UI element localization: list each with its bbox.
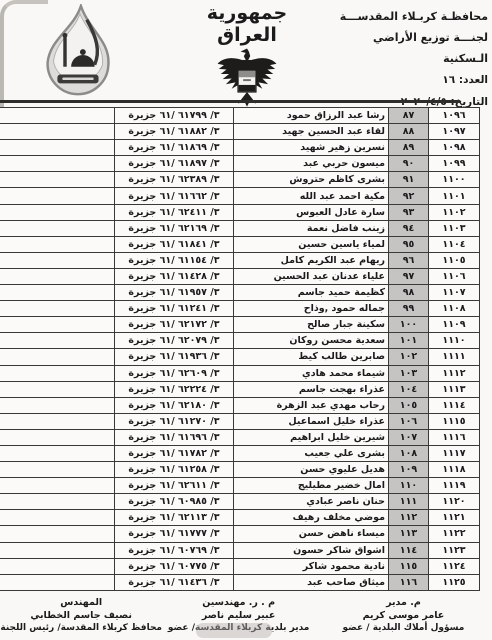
table-row: ١١٢١ ١١٢ موضي مخلف رهيف ٣/ ٦٢١١٣ /٦١ جزي… [0,510,480,526]
sequence-number-cell: ١٠٧ [389,429,429,445]
empty-cell [0,445,115,461]
signature-block-director: م. مدير عامر موسى كريم مسؤول أملاك البلد… [315,597,492,635]
faint-stamp-mark [196,623,272,638]
table-row: ١١١٠ ١٠١ سعدية محسن روكان ٣/ ٦٢٠٧٩ /٦١ ج… [0,333,480,349]
table-row: ١١١٩ ١١٠ امال خضير مطيليج ٣/ ٦٢٦١١ /٦١ ج… [0,478,480,494]
signatory-name: عبير سليم ناصر [162,610,315,623]
table-row: ١١٢٠ ١١١ حنان ناصر عبادي ٣/ ٦٠٩٨٥ /٦١ جز… [0,494,480,510]
recipient-name-cell: رشا عبد الرزاق حمود [234,108,389,124]
plot-info-cell: ٣/ ٦١٧٨٢ /٦١ جزيرة [115,445,234,461]
plot-info-cell: ٣/ ٦١٨٤١ /٦١ جزيرة [115,236,234,252]
serial-number-cell: ١١١٥ [429,413,480,429]
empty-cell [0,429,115,445]
empty-cell [0,494,115,510]
sequence-number-cell: ١٠٢ [389,349,429,365]
empty-cell [0,317,115,333]
serial-number-cell: ١١٢٥ [429,574,480,590]
signature-block-governor: المهندس نصيف جاسم الخطابي محافظ كربلاء ا… [0,597,162,635]
table-row: ١١١٧ ١٠٨ بشرى علي جعيب ٣/ ٦١٧٨٢ /٦١ جزير… [0,445,480,461]
signatory-title: م . ر. مهندسين [162,597,315,610]
plot-info-cell: ٣/ ٦٠٧٧٥ /٦١ جزيرة [115,558,234,574]
recipient-name-cell: شيماء محمد هادي [234,365,389,381]
recipient-name-cell: اشواق شاكر حسون [234,542,389,558]
recipient-name-cell: موضي مخلف رهيف [234,510,389,526]
empty-cell [0,268,115,284]
plot-info-cell: ٣/ ٦١٤٢٨ /٦١ جزيرة [115,268,234,284]
plot-info-cell: ٣/ ٦١٨٩٧ /٦١ جزيرة [115,156,234,172]
serial-number-cell: ١١٢٠ [429,494,480,510]
sequence-number-cell: ٩٦ [389,252,429,268]
recipient-name-cell: عذراء خليل اسماعيل [234,413,389,429]
plot-info-cell: ٣/ ٦٢١٨٠ /٦١ جزيرة [115,397,234,413]
header-text-block: محافظـة كربـلاء المقدســـة لجنـــة توزيع… [330,6,488,113]
serial-number-cell: ١١٠٦ [429,268,480,284]
empty-cell [0,542,115,558]
sequence-number-cell: ١١٥ [389,558,429,574]
recipient-name-cell: نادية محمود شاكر [234,558,389,574]
document-page: محافظـة كربـلاء المقدســـة لجنـــة توزيع… [0,0,492,640]
recipient-name-cell: بشرى كاظم حتروش [234,172,389,188]
sequence-number-cell: ١٠٤ [389,381,429,397]
sequence-number-cell: ١٠٣ [389,365,429,381]
serial-number-cell: ١١٢١ [429,510,480,526]
plot-info-cell: ٣/ ٦١٨٦٩ /٦١ جزيرة [115,140,234,156]
empty-cell [0,462,115,478]
empty-cell [0,397,115,413]
table-row: ١١٠٨ ٩٩ جماله حمود ,وذاح ٣/ ٦١٢٤١ /٦١ جز… [0,301,480,317]
sequence-number-cell: ٩٢ [389,188,429,204]
table-row: ١١٠٥ ٩٦ ريهام عبد الكريم كامل ٣/ ٦١١٥٤ /… [0,252,480,268]
recipient-name-cell: زينب فاضل نعمة [234,220,389,236]
sequence-number-cell: ١٠٨ [389,445,429,461]
serial-number-cell: ١١٠٣ [429,220,480,236]
plot-info-cell: ٣/ ٦١٦٦٢ /٦١ جزيرة [115,188,234,204]
serial-number-cell: ١١١٤ [429,397,480,413]
empty-cell [0,188,115,204]
table-row: ١١١٢ ١٠٣ شيماء محمد هادي ٣/ ٦٢٦٠٩ /٦١ جز… [0,365,480,381]
sequence-number-cell: ١٠٩ [389,462,429,478]
karbala-municipality-logo [26,4,128,102]
table-row: ١٠٩٧ ٨٨ لقاء عبد الحسين جهيد ٣/ ٦١٨٨٢ /٦… [0,124,480,140]
sequence-number-cell: ١١٠ [389,478,429,494]
plot-info-cell: ٣/ ٦١٢٤١ /٦١ جزيرة [115,301,234,317]
signatory-title: م. مدير [315,597,492,610]
table-row: ١١٠٦ ٩٧ علياء عدنان عبد الحسين ٣/ ٦١٤٢٨ … [0,268,480,284]
plot-info-cell: ٣/ ٦١٨٨٢ /٦١ جزيرة [115,124,234,140]
plot-info-cell: ٣/ ٦٢١١٣ /٦١ جزيرة [115,510,234,526]
header-divider [0,100,460,103]
plot-info-cell: ٣/ ٦٠٧٦٩ /٦١ جزيرة [115,542,234,558]
empty-cell [0,558,115,574]
recipient-name-cell: بشرى علي جعيب [234,445,389,461]
table-row: ١٠٩٨ ٨٩ نسرين زهير شهيد ٣/ ٦١٨٦٩ /٦١ جزي… [0,140,480,156]
sequence-number-cell: ١١٦ [389,574,429,590]
recipient-name-cell: سارة عادل العبوس [234,204,389,220]
recipient-name-cell: حنان ناصر عبادي [234,494,389,510]
serial-number-cell: ١١٢٣ [429,542,480,558]
sequence-number-cell: ١٠٦ [389,413,429,429]
recipient-name-cell: ميساء ناهض حسن [234,526,389,542]
recipient-name-cell: هديل عليوي حسن [234,462,389,478]
sequence-number-cell: ٩٣ [389,204,429,220]
plot-info-cell: ٣/ ٦٢١٧٢ /٦١ جزيرة [115,317,234,333]
recipient-name-cell: نسرين زهير شهيد [234,140,389,156]
table-row: ١٠٩٩ ٩٠ ميسون حربي عبد ٣/ ٦١٨٩٧ /٦١ جزير… [0,156,480,172]
table-row: ١١٠١ ٩٢ مكية احمد عبد الله ٣/ ٦١٦٦٢ /٦١ … [0,188,480,204]
empty-cell [0,333,115,349]
sequence-number-cell: ٨٩ [389,140,429,156]
signatory-role: محافظ كربلاء المقدسة/ رئيس اللجنة [0,622,162,635]
table-row: ١١١١ ١٠٢ صابرين طالب كيط ٣/ ٦١٩٣٦ /٦١ جز… [0,349,480,365]
plot-info-cell: ٣/ ٦١١٥٤ /٦١ جزيرة [115,252,234,268]
empty-cell [0,285,115,301]
plot-info-cell: ٣/ ٦١٤٣٦ /٦١ جزيرة [115,574,234,590]
empty-cell [0,220,115,236]
sequence-number-cell: ١١٤ [389,542,429,558]
recipient-name-cell: مكية احمد عبد الله [234,188,389,204]
plot-info-cell: ٣/ ٦١٧٩٩ /٦١ جزيرة [115,108,234,124]
sequence-number-cell: ٨٨ [389,124,429,140]
empty-cell [0,108,115,124]
empty-cell [0,478,115,494]
sequence-number-cell: ٩١ [389,172,429,188]
serial-number-cell: ١١١٨ [429,462,480,478]
sequence-number-cell: ٩٠ [389,156,429,172]
empty-cell [0,526,115,542]
plot-info-cell: ٣/ ٦١٢٥٨ /٦١ جزيرة [115,462,234,478]
table-row: ١١٠٩ ١٠٠ سكينة جبار صالح ٣/ ٦٢١٧٢ /٦١ جز… [0,317,480,333]
serial-number-cell: ١١٠٩ [429,317,480,333]
signatory-name: نصيف جاسم الخطابي [0,610,162,623]
document-number: العدد: ١٦ [330,69,488,91]
serial-number-cell: ١١١٠ [429,333,480,349]
table-row: ١١٠٢ ٩٣ سارة عادل العبوس ٣/ ٦٢٤١١ /٦١ جز… [0,204,480,220]
empty-cell [0,510,115,526]
serial-number-cell: ١١٠٧ [429,285,480,301]
sequence-number-cell: ١١١ [389,494,429,510]
table-row: ١١٠٧ ٩٨ كظيمة حميد جاسم ٣/ ٦١٩٥٧ /٦١ جزي… [0,285,480,301]
empty-cell [0,413,115,429]
table-row: ١١٢٤ ١١٥ نادية محمود شاكر ٣/ ٦٠٧٧٥ /٦١ ج… [0,558,480,574]
governorate-title: محافظـة كربـلاء المقدســـة [330,6,488,27]
table-row: ١١١٦ ١٠٧ شيرين خليل ابراهيم ٣/ ٦١٦٩٦ /٦١… [0,429,480,445]
serial-number-cell: ١١٢٤ [429,558,480,574]
plot-info-cell: ٣/ ٦٠٩٨٥ /٦١ جزيرة [115,494,234,510]
sequence-number-cell: ٩٩ [389,301,429,317]
empty-cell [0,381,115,397]
empty-cell [0,156,115,172]
empty-cell [0,236,115,252]
recipient-name-cell: رحاب مهدي عبد الزهرة [234,397,389,413]
sequence-number-cell: ٨٧ [389,108,429,124]
table-row: ١١١٣ ١٠٤ عذراء بهجت جاسم ٣/ ٦٢٢٢٤ /٦١ جز… [0,381,480,397]
serial-number-cell: ١١٢٢ [429,526,480,542]
committee-title: لجنـــة توزيع الأراضي الـسكنية [330,27,488,69]
sequence-number-cell: ١١٣ [389,526,429,542]
sequence-number-cell: ٩٧ [389,268,429,284]
signatory-title: المهندس [0,597,162,610]
recipient-name-cell: ميسون حربي عبد [234,156,389,172]
plot-info-cell: ٣/ ٦١٦٩٦ /٦١ جزيرة [115,429,234,445]
plot-info-cell: ٣/ ٦١٧٧٧ /٦١ جزيرة [115,526,234,542]
serial-number-cell: ١١١٢ [429,365,480,381]
empty-cell [0,140,115,156]
plot-info-cell: ٣/ ٦١٢٧٠ /٦١ جزيرة [115,413,234,429]
table-row: ١١٢٢ ١١٣ ميساء ناهض حسن ٣/ ٦١٧٧٧ /٦١ جزي… [0,526,480,542]
recipient-name-cell: سكينة جبار صالح [234,317,389,333]
serial-number-cell: ١١٠٢ [429,204,480,220]
republic-title: جمهورية العراق [183,2,311,46]
recipient-name-cell: امال خضير مطيليج [234,478,389,494]
recipient-name-cell: شيرين خليل ابراهيم [234,429,389,445]
plot-info-cell: ٣/ ٦٢٠٧٩ /٦١ جزيرة [115,333,234,349]
plot-info-cell: ٣/ ٦٢١٦٩ /٦١ جزيرة [115,220,234,236]
recipient-name-cell: لقاء عبد الحسين جهيد [234,124,389,140]
serial-number-cell: ١١٠٠ [429,172,480,188]
table-row: ١٠٩٦ ٨٧ رشا عبد الرزاق حمود ٣/ ٦١٧٩٩ /٦١… [0,108,480,124]
table-row: ١١٢٥ ١١٦ ميثاق صاحب عبد ٣/ ٦١٤٣٦ /٦١ جزي… [0,574,480,590]
serial-number-cell: ١١٠١ [429,188,480,204]
plot-info-cell: ٣/ ٦١٩٥٧ /٦١ جزيرة [115,285,234,301]
empty-cell [0,301,115,317]
recipient-name-cell: كظيمة حميد جاسم [234,285,389,301]
sequence-number-cell: ١٠٠ [389,317,429,333]
table-row: ١١١٤ ١٠٥ رحاب مهدي عبد الزهرة ٣/ ٦٢١٨٠ /… [0,397,480,413]
recipient-name-cell: جماله حمود ,وذاح [234,301,389,317]
recipient-name-cell: عذراء بهجت جاسم [234,381,389,397]
serial-number-cell: ١١١٧ [429,445,480,461]
empty-cell [0,349,115,365]
plot-info-cell: ٣/ ٦٢٦٠٩ /٦١ جزيرة [115,365,234,381]
recipient-name-cell: علياء عدنان عبد الحسين [234,268,389,284]
sequence-number-cell: ١٠٥ [389,397,429,413]
serial-number-cell: ١١٠٤ [429,236,480,252]
recipient-name-cell: سعدية محسن روكان [234,333,389,349]
empty-cell [0,574,115,590]
plot-info-cell: ٣/ ٦٢٤١١ /٦١ جزيرة [115,204,234,220]
plot-info-cell: ٣/ ٦١٩٣٦ /٦١ جزيرة [115,349,234,365]
recipient-name-cell: صابرين طالب كيط [234,349,389,365]
plot-info-cell: ٣/ ٦٢٢٢٤ /٦١ جزيرة [115,381,234,397]
plot-info-cell: ٣/ ٦٢٣٨٩ /٦١ جزيرة [115,172,234,188]
table-row: ١١١٨ ١٠٩ هديل عليوي حسن ٣/ ٦١٢٥٨ /٦١ جزي… [0,462,480,478]
signatory-name: عامر موسى كريم [315,610,492,623]
recipient-name-cell: ميثاق صاحب عبد [234,574,389,590]
serial-number-cell: ١١١٩ [429,478,480,494]
sequence-number-cell: ٩٥ [389,236,429,252]
signatory-role: مسؤول أملاك البلدية / عضو [315,622,492,635]
sequence-number-cell: ٩٤ [389,220,429,236]
serial-number-cell: ١١١١ [429,349,480,365]
recipient-name-cell: ريهام عبد الكريم كامل [234,252,389,268]
serial-number-cell: ١٠٩٧ [429,124,480,140]
sequence-number-cell: ١١٢ [389,510,429,526]
table-row: ١١٠٠ ٩١ بشرى كاظم حتروش ٣/ ٦٢٣٨٩ /٦١ جزي… [0,172,480,188]
sequence-number-cell: ١٠١ [389,333,429,349]
recipient-name-cell: لمياء ياسين حسين [234,236,389,252]
empty-cell [0,365,115,381]
empty-cell [0,204,115,220]
empty-cell [0,172,115,188]
table-row: ١١١٥ ١٠٦ عذراء خليل اسماعيل ٣/ ٦١٢٧٠ /٦١… [0,413,480,429]
plot-info-cell: ٣/ ٦٢٦١١ /٦١ جزيرة [115,478,234,494]
serial-number-cell: ١٠٩٦ [429,108,480,124]
empty-cell [0,252,115,268]
serial-number-cell: ١١٠٥ [429,252,480,268]
serial-number-cell: ١٠٩٩ [429,156,480,172]
land-distribution-table: ١٠٩٦ ٨٧ رشا عبد الرزاق حمود ٣/ ٦١٧٩٩ /٦١… [0,107,480,591]
serial-number-cell: ١١١٦ [429,429,480,445]
table-row: ١١٠٣ ٩٤ زينب فاضل نعمة ٣/ ٦٢١٦٩ /٦١ جزير… [0,220,480,236]
serial-number-cell: ١١١٣ [429,381,480,397]
serial-number-cell: ١١٠٨ [429,301,480,317]
table-row: ١١٢٣ ١١٤ اشواق شاكر حسون ٣/ ٦٠٧٦٩ /٦١ جز… [0,542,480,558]
table-row: ١١٠٤ ٩٥ لمياء ياسين حسين ٣/ ٦١٨٤١ /٦١ جز… [0,236,480,252]
sequence-number-cell: ٩٨ [389,285,429,301]
serial-number-cell: ١٠٩٨ [429,140,480,156]
empty-cell [0,124,115,140]
